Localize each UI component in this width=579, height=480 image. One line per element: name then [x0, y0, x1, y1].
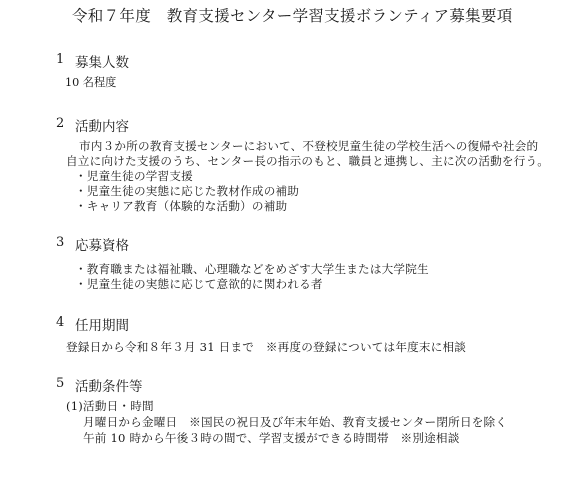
paragraph-line: 自立に向けた支援のうち、センター長の指示のもと、職員と連携し、主に次の活動を行う… — [66, 153, 549, 169]
section-heading: 活動内容 — [75, 115, 129, 135]
section-heading: 募集人数 — [75, 51, 129, 71]
section-number: 3 — [56, 235, 64, 250]
document-title: 令和７年度 教育支援センター学習支援ボランティア募集要項 — [72, 4, 513, 26]
condition-line: 午前 10 時から午後３時の間で、学習支援ができる時間帯 ※別途相談 — [83, 430, 460, 446]
subsection-label: (1)活動日・時間 — [66, 398, 154, 414]
section-content: 登録日から令和８年３月 31 日まで ※再度の登録については年度末に相談 — [66, 339, 466, 355]
section-heading: 活動条件等 — [75, 375, 143, 395]
section-number: 1 — [56, 52, 64, 67]
section-content: 10 名程度 — [65, 74, 116, 90]
bullet-item: ・教育職または福祉職、心理職などをめざす大学生または大学院生 — [75, 261, 429, 277]
section-number: 2 — [56, 116, 64, 131]
section-heading: 任用期間 — [75, 314, 129, 334]
section-heading: 応募資格 — [75, 234, 129, 254]
section-number: 4 — [56, 315, 64, 330]
paragraph-line: 市内３か所の教育支援センターにおいて、不登校児童生徒の学校生活への復帰や社会的 — [79, 138, 538, 154]
section-number: 5 — [56, 376, 64, 391]
bullet-item: ・児童生徒の学習支援 — [75, 168, 193, 184]
bullet-item: ・児童生徒の実態に応じて意欲的に関われる者 — [75, 276, 323, 292]
bullet-item: ・キャリア教育（体験的な活動）の補助 — [75, 198, 287, 214]
condition-line: 月曜日から金曜日 ※国民の祝日及び年末年始、教育支援センター閉所日を除く — [83, 414, 507, 430]
bullet-item: ・児童生徒の実態に応じた教材作成の補助 — [75, 183, 299, 199]
